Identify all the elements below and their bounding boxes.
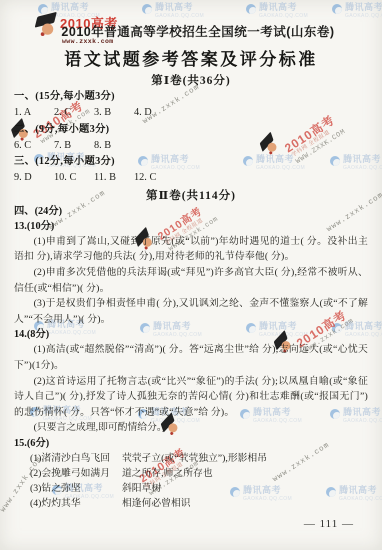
section4-label: 四、(24分) bbox=[14, 204, 368, 219]
tencent-gaokao-watermark: 腾讯高考GAOKAO.QQ.COM bbox=[246, 3, 308, 19]
answer-cell: 9. D bbox=[14, 170, 54, 186]
answer-cell: 8. B bbox=[94, 138, 134, 154]
answer-cell: 11. B bbox=[94, 170, 134, 186]
q15-pair: (2)会挽雕弓如满月 道之所存,师之所存也 bbox=[14, 466, 368, 481]
q15-right: 斜阳草树 bbox=[122, 481, 161, 496]
part1-heading: 第Ⅰ卷(共36分) bbox=[14, 74, 368, 89]
answer-cell: 3. B bbox=[94, 105, 134, 121]
part2-heading: 第Ⅱ卷(共114分) bbox=[14, 188, 368, 204]
group1-label: 一、(15分,每小题3分) bbox=[14, 89, 368, 105]
group3-label: 三、(12分,每小题3分) bbox=[14, 154, 368, 170]
answer-cell: 1. A bbox=[14, 105, 54, 121]
exam-title-line: 2010年普通高等学校招生全国统一考试(山东卷) bbox=[0, 22, 382, 40]
page-title: 语文试题参考答案及评分标准 bbox=[0, 45, 382, 70]
q15-left: (3)钻之弥坚 bbox=[30, 481, 122, 496]
q15-left: (4)灼灼其华 bbox=[30, 496, 122, 511]
q14-item2: (2)这首诗运用了托物言志(或“比兴”“象征”)的手法( 分);以凤凰自喻(或“… bbox=[14, 374, 368, 421]
q15-pair: (3)钻之弥坚 斜阳草树 bbox=[14, 481, 368, 496]
tencent-gaokao-watermark: 腾讯高考GAOKAO.QQ.COM bbox=[332, 3, 382, 19]
answer-cell: 6. C bbox=[14, 138, 54, 154]
answer-cell: 7. B bbox=[54, 138, 94, 154]
q15-right: 道之所存,师之所存也 bbox=[122, 466, 213, 481]
q14-item1: (1)高洁(或“超然脱俗”“清高”)( 分。答“远离尘世”给 分);志向远大(或… bbox=[14, 342, 368, 373]
answer-row: 1. A 2. C 3. B 4. D bbox=[14, 105, 368, 121]
q13-item2: (2)申甫多次凭借他的兵法拜谒(或“拜见”)许多高官大臣( 分),经常不被听从、… bbox=[14, 265, 368, 296]
q15-right: 茕茕孑立(或“茕茕独立”),形影相吊 bbox=[122, 451, 267, 466]
answer-row: 6. C 7. B 8. B bbox=[14, 138, 368, 154]
page-number: — 111 — bbox=[304, 518, 354, 530]
question14-label: 14.(8分) bbox=[14, 327, 368, 342]
question13-label: 13.(10分) bbox=[14, 219, 368, 234]
answer-content: 第Ⅰ卷(共36分) 一、(15分,每小题3分) 1. A 2. C 3. B 4… bbox=[14, 74, 368, 511]
answer-cell: 12. C bbox=[134, 170, 174, 186]
answer-row: 9. D 10. C 11. B 12. C bbox=[14, 170, 368, 186]
answer-cell: 4. D bbox=[134, 105, 174, 121]
group2-label: 二、(9分,每小题3分) bbox=[14, 122, 368, 138]
q13-item1: (1)申甫到了嵩山,又碰到了原先(或“以前”)年幼时遇见的道士( 分。没补出主语… bbox=[14, 234, 368, 265]
q13-item3: (3)于是权贵们争相责怪申甫( 分),又讥讽刘之纶、金声不懂鉴察人(或“不了解人… bbox=[14, 296, 368, 327]
tencent-gaokao-watermark: 腾讯高考GAOKAO.QQ.COM bbox=[142, 3, 204, 19]
tencent-circle-icon bbox=[246, 4, 256, 14]
scanned-answer-key-page: 腾讯高考GAOKAO.QQ.COM 腾讯高考GAOKAO.QQ.COM 腾讯高考… bbox=[0, 0, 382, 550]
q15-left: (1)渚清沙白鸟飞回 bbox=[30, 451, 122, 466]
q15-left: (2)会挽雕弓如满月 bbox=[30, 466, 122, 481]
answer-cell: 10. C bbox=[54, 170, 94, 186]
question15-label: 15.(6分) bbox=[14, 436, 368, 451]
answer-cell: 2. C bbox=[54, 105, 94, 121]
watermark-label: 腾讯高考 bbox=[51, 3, 100, 12]
tencent-circle-icon bbox=[332, 4, 342, 14]
q15-pair: (1)渚清沙白鸟飞回 茕茕孑立(或“茕茕独立”),形影相吊 bbox=[14, 451, 368, 466]
q15-right: 相逢何必曾相识 bbox=[122, 496, 191, 511]
q15-pair: (4)灼灼其华 相逢何必曾相识 bbox=[14, 496, 368, 511]
q14-note: (只要言之成理,即可酌情给分。) bbox=[14, 420, 368, 436]
